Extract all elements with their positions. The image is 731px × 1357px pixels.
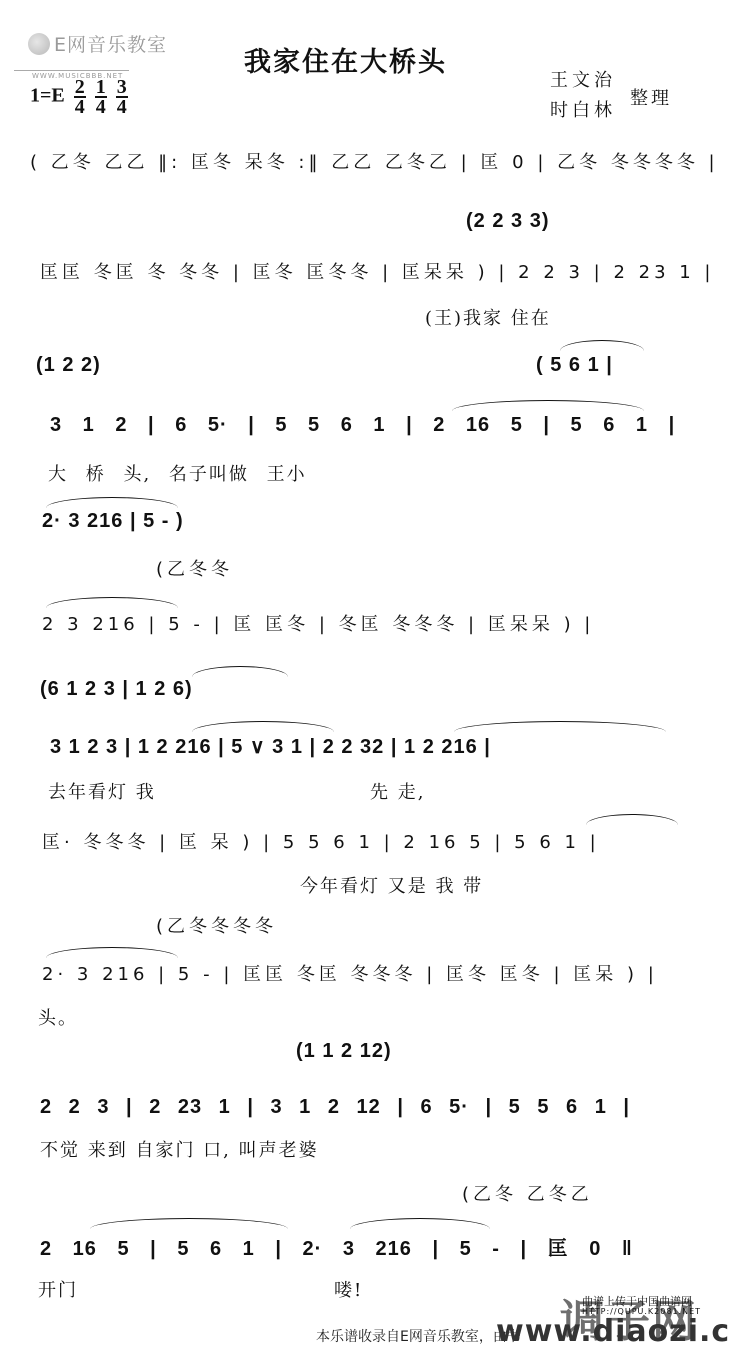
score-line-11: 2 2 3 | 2 23 1 | 3 1 2 12 | 6 5· | 5 5 6… xyxy=(40,1096,630,1119)
watermark-url[interactable]: www.diaozi.com xyxy=(496,1314,731,1349)
slur xyxy=(192,721,334,732)
score-line-2: 匡匡 冬匡 冬 冬冬 | 匡冬 匡冬冬 | 匡呆呆 ) | 2 2 3 | 2 … xyxy=(40,258,715,284)
slur xyxy=(454,721,666,732)
score-line-11-upper: (1 1 2 12) xyxy=(296,1040,392,1063)
score-line-5-upper: (乙冬冬 xyxy=(156,555,233,581)
score-line-8: 3 1 2 3 | 1 2 216 | 5 ∨ 3 1 | 2 2 32 | 1… xyxy=(50,734,491,759)
author-2: 时白林 xyxy=(550,96,616,122)
slur xyxy=(452,400,644,411)
score-line-12: 2 16 5 | 5 6 1 | 2· 3 216 | 5 - | 匡 0 ‖ xyxy=(40,1232,633,1261)
site-logo: E网音乐教室 xyxy=(28,30,167,57)
score-line-2-upper: (2 2 3 3) xyxy=(466,210,549,233)
lyrics-line-8a: 去年看灯 我 xyxy=(48,778,156,804)
key-signature: 1=E 24 14 34 xyxy=(30,78,128,116)
time-signature-3: 34 xyxy=(116,78,128,116)
lyrics-line-10: 头。 xyxy=(38,1004,78,1030)
lyrics-line-12a: 开门 xyxy=(38,1276,78,1302)
lyrics-line-4: 大 桥 头, 名子叫做 王小 xyxy=(48,460,307,486)
slur xyxy=(560,340,644,351)
slur xyxy=(350,1218,490,1229)
lyrics-line-11: 不觉 来到 自家门 口, 叫声老婆 xyxy=(40,1136,319,1162)
lyrics-line-8b: 先 走, xyxy=(370,778,425,804)
score-line-3-left: (1 2 2) xyxy=(36,354,101,377)
slur xyxy=(90,1218,288,1229)
score-line-10-upper: (乙冬冬冬冬 xyxy=(156,912,277,938)
footer-note: 本乐谱收录自E网音乐教室，由书 xyxy=(316,1326,521,1346)
lyrics-line-2: (王)我家 住在 xyxy=(425,304,551,330)
author-1: 王文治 xyxy=(550,66,616,92)
logo-divider xyxy=(14,70,129,71)
slur xyxy=(192,666,288,677)
score-line-3-right: ( 5 6 1 | xyxy=(536,354,613,377)
score-line-5: 2· 3 216 | 5 - ) xyxy=(42,510,184,533)
score-line-10: 2· 3 216 | 5 - | 匡匡 冬匡 冬冬冬 | 匡冬 匡冬 | 匡呆 … xyxy=(42,960,658,986)
score-line-6: 2 3 216 | 5 - | 匡 匡冬 | 冬匡 冬冬冬 | 匡呆呆 ) | xyxy=(42,610,594,636)
flower-icon xyxy=(28,33,50,55)
arranger-label: 整理 xyxy=(630,84,672,110)
time-signature-1: 24 xyxy=(74,78,86,116)
slur xyxy=(46,497,178,508)
slur xyxy=(586,814,678,825)
score-line-9: 匡· 冬冬冬 | 匡 呆 ) | 5 5 6 1 | 2 16 5 | 5 6 … xyxy=(42,828,600,854)
lyrics-line-12b: 喽! xyxy=(334,1276,363,1302)
time-signature-2: 14 xyxy=(95,78,107,116)
logo-text: E网音乐教室 xyxy=(54,34,167,56)
score-line-7: (6 1 2 3 | 1 2 6) xyxy=(40,678,193,701)
score-line-1: ( 乙冬 乙乙 ‖: 匡冬 呆冬 :‖ 乙乙 乙冬乙 | 匡 0 | 乙冬 冬冬… xyxy=(30,148,719,174)
lyrics-line-9: 今年看灯 又是 我 带 xyxy=(300,872,483,898)
song-title: 我家住在大桥头 xyxy=(244,40,447,79)
slur xyxy=(46,947,178,958)
score-line-4: 3 1 2 | 6 5· | 5 5 6 1 | 2 16 5 | 5 6 1 … xyxy=(50,414,675,437)
key-label: 1=E xyxy=(30,85,65,107)
slur xyxy=(46,597,178,608)
score-line-12-upper: (乙冬 乙冬乙 xyxy=(462,1180,593,1206)
